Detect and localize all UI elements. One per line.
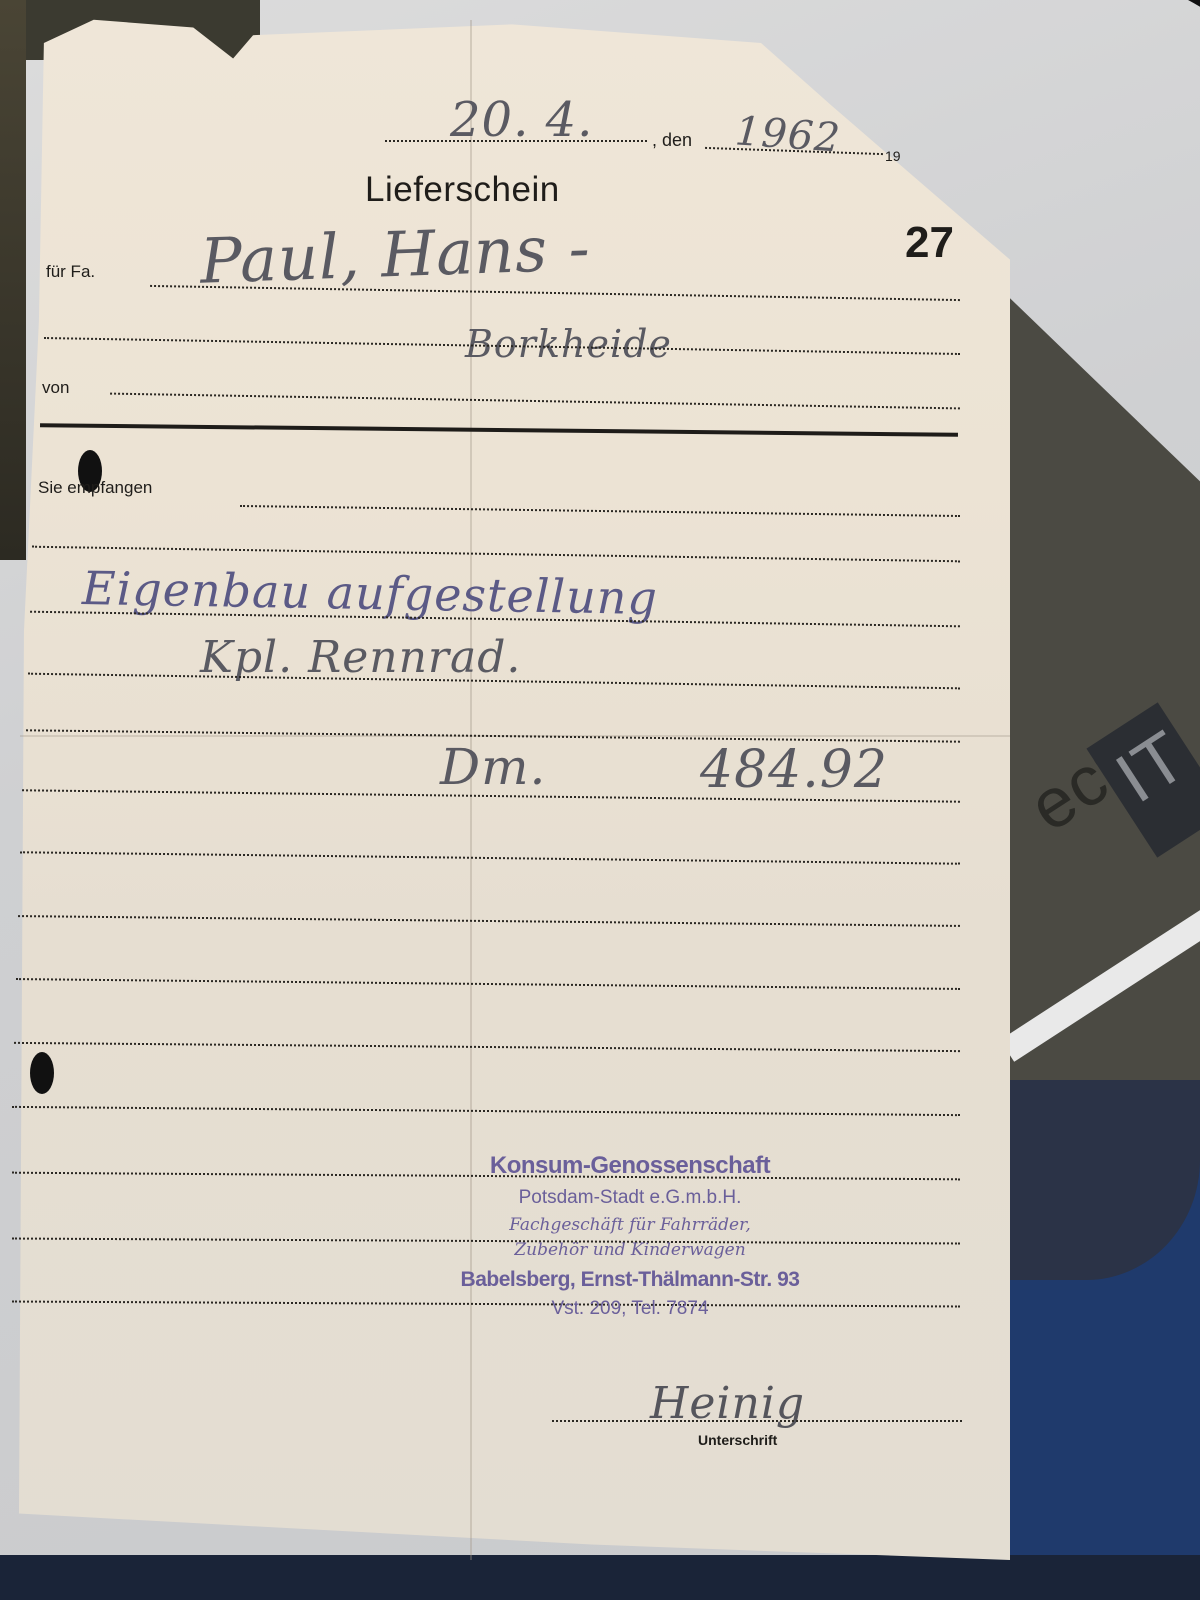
signature-label: Unterschrift <box>698 1432 777 1448</box>
year-prefix: 19 <box>885 148 901 164</box>
punch-hole-bottom <box>30 1052 54 1094</box>
sie-empfangen-label: Sie empfangen <box>38 478 152 498</box>
fuer-fa-label: für Fa. <box>46 262 95 282</box>
stamp-line-goods: Zubehör und Kinderwagen <box>450 1238 810 1264</box>
stamp-line-address: Babelsberg, Ernst-Thälmann-Str. 93 <box>450 1264 810 1296</box>
signature-dotted-line <box>552 1420 962 1422</box>
date-year: 1962 <box>734 108 843 161</box>
document-title: Lieferschein <box>365 170 560 210</box>
von-label: von <box>42 378 69 398</box>
document-number: 27 <box>905 218 954 268</box>
date-dotted-line <box>385 140 647 142</box>
amount-value: 484.92 <box>700 740 888 800</box>
company-stamp: Konsum-Genossenschaft Potsdam-Stadt e.G.… <box>450 1148 810 1324</box>
dark-surface-bottom <box>0 1555 1200 1600</box>
dark-surface-left <box>0 0 26 560</box>
stamp-line-shop-type: Fachgeschäft für Fahrräder, <box>450 1213 810 1239</box>
date-den-label: , den <box>652 130 692 151</box>
fuer-fa-value: Paul, Hans - <box>199 211 592 298</box>
stamp-line-phone: Vst. 209, Tel. 7874 <box>450 1295 810 1324</box>
stamp-line-company: Konsum-Genossenschaft <box>450 1148 810 1184</box>
stamp-line-location: Potsdam-Stadt e.G.m.b.H. <box>450 1184 810 1213</box>
amount-currency: Dm. <box>440 738 546 796</box>
